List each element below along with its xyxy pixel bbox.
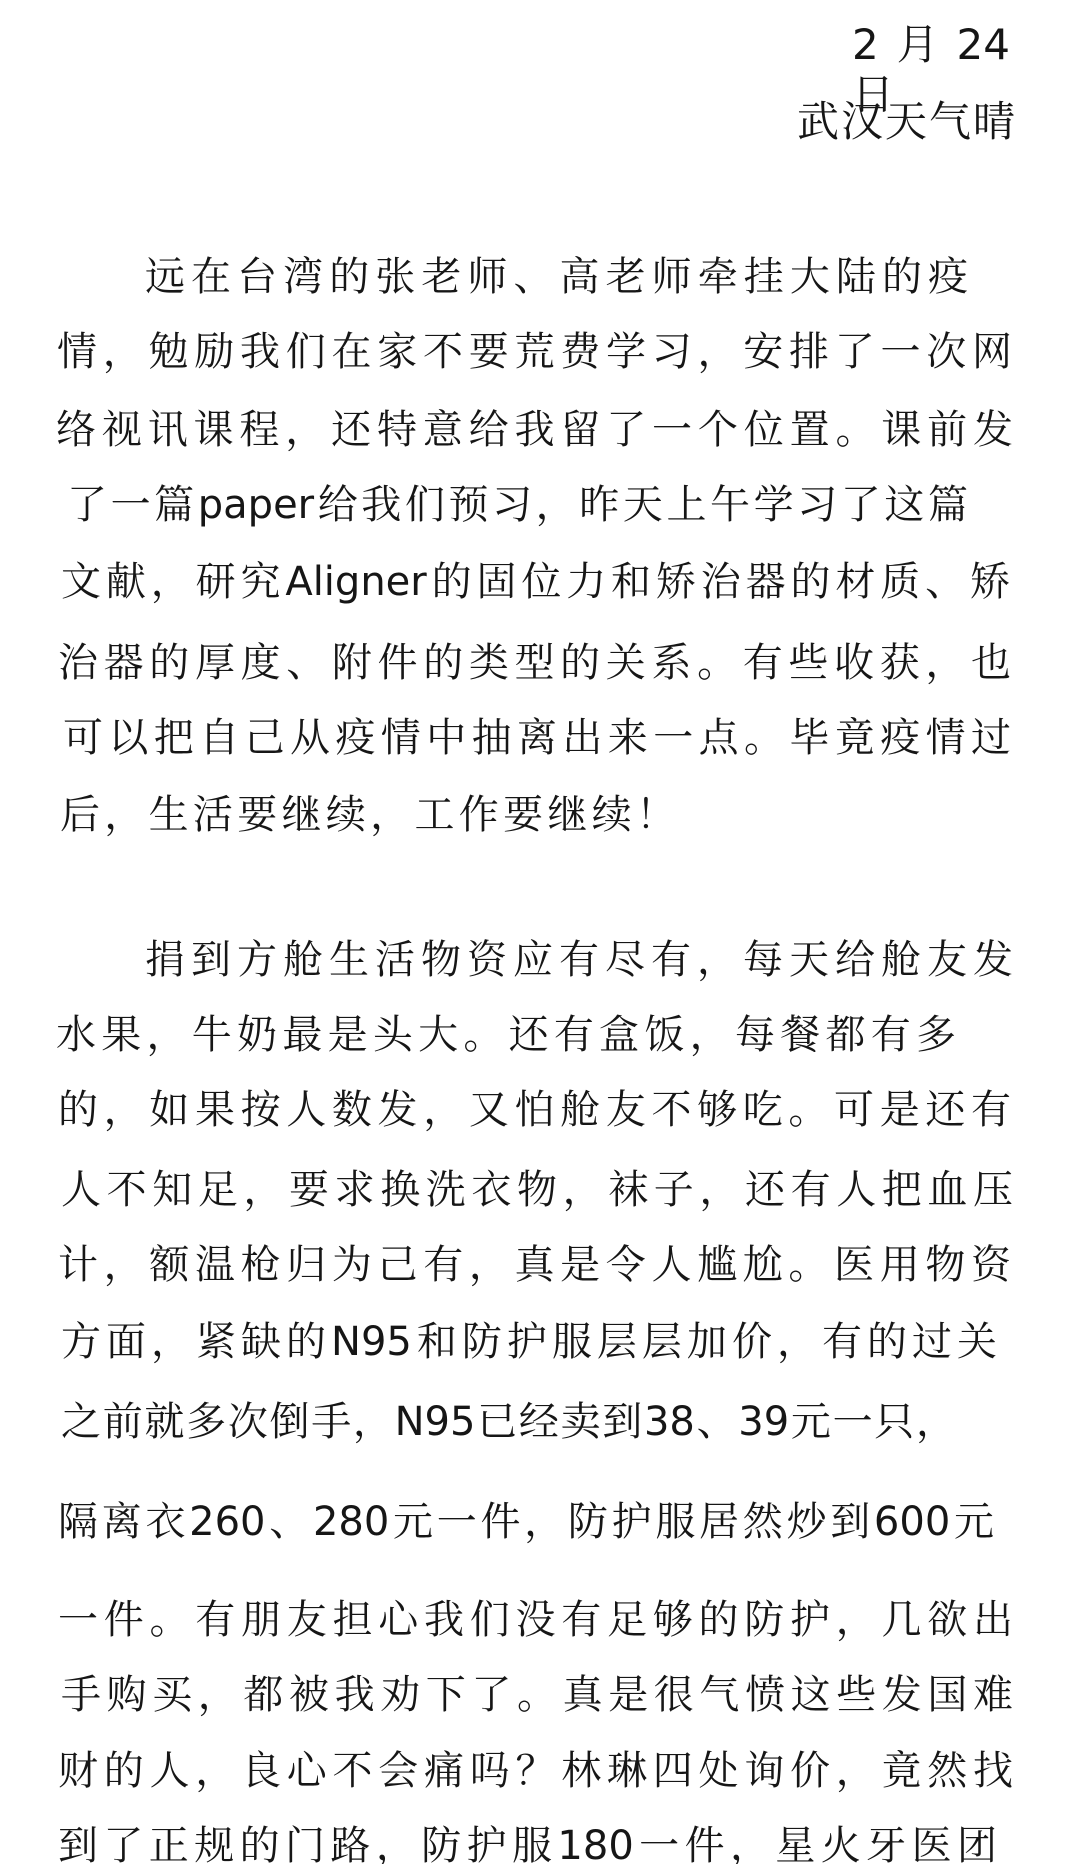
diary-line: 远在台湾的张老师、高老师牵挂大陆的疫 xyxy=(145,252,968,302)
diary-page: 2月24日 武汉天气晴 远在台湾的张老师、高老师牵挂大陆的疫 情，勉励我们在家不… xyxy=(0,0,1077,1864)
diary-line: 可以把自己从疫情中抽离出来一点。毕竟疫情过 xyxy=(63,713,1011,763)
diary-line: 水果，牛奶最是头大。还有盒饭，每餐都有多 xyxy=(56,1010,956,1060)
diary-line: 治器的厚度、附件的类型的关系。有些收获，也 xyxy=(58,638,1011,688)
diary-line: 到了正规的门路，防护服180一件，星火牙医团 xyxy=(58,1821,997,1864)
diary-line: 的，如果按人数发，又怕舱友不够吃。可是还有 xyxy=(58,1085,1011,1135)
diary-line: 隔离衣260、280元一件，防护服居然炒到600元 xyxy=(58,1497,994,1547)
diary-line: 捐到方舱生活物资应有尽有，每天给舱友发 xyxy=(145,935,1013,985)
diary-line: 络视讯课程，还特意给我留了一个位置。课前发 xyxy=(56,405,1013,455)
diary-line: 情，勉励我们在家不要荒费学习，安排了一次网 xyxy=(57,327,1012,377)
diary-line: 一件。有朋友担心我们没有足够的防护，几欲出 xyxy=(58,1595,1013,1645)
diary-line: 手购买，都被我劝下了。真是很气愤这些发国难 xyxy=(61,1670,1013,1720)
diary-date: 2月24日 xyxy=(852,20,1010,70)
diary-line: 后，生活要继续，工作要继续！ xyxy=(60,790,676,840)
diary-line: 人不知足，要求换洗衣物，袜子，还有人把血压 xyxy=(61,1165,1013,1215)
diary-line: 文献，研究Aligner的固位力和矫治器的材质、矫 xyxy=(61,557,1010,607)
diary-line: 之前就多次倒手，N95已经卖到38、39元一只， xyxy=(61,1397,956,1447)
diary-line: 了一篇paper给我们预习，昨天上午学习了这篇 xyxy=(67,480,968,530)
diary-line: 财的人，良心不会痛吗？林琳四处询价，竟然找 xyxy=(58,1746,1013,1796)
diary-line: 计，额温枪归为己有，真是令人尴尬。医用物资 xyxy=(58,1240,1011,1290)
weather-note: 武汉天气晴 xyxy=(797,97,1015,147)
diary-line: 方面，紧缺的N95和防护服层层加价，有的过关 xyxy=(61,1317,997,1367)
